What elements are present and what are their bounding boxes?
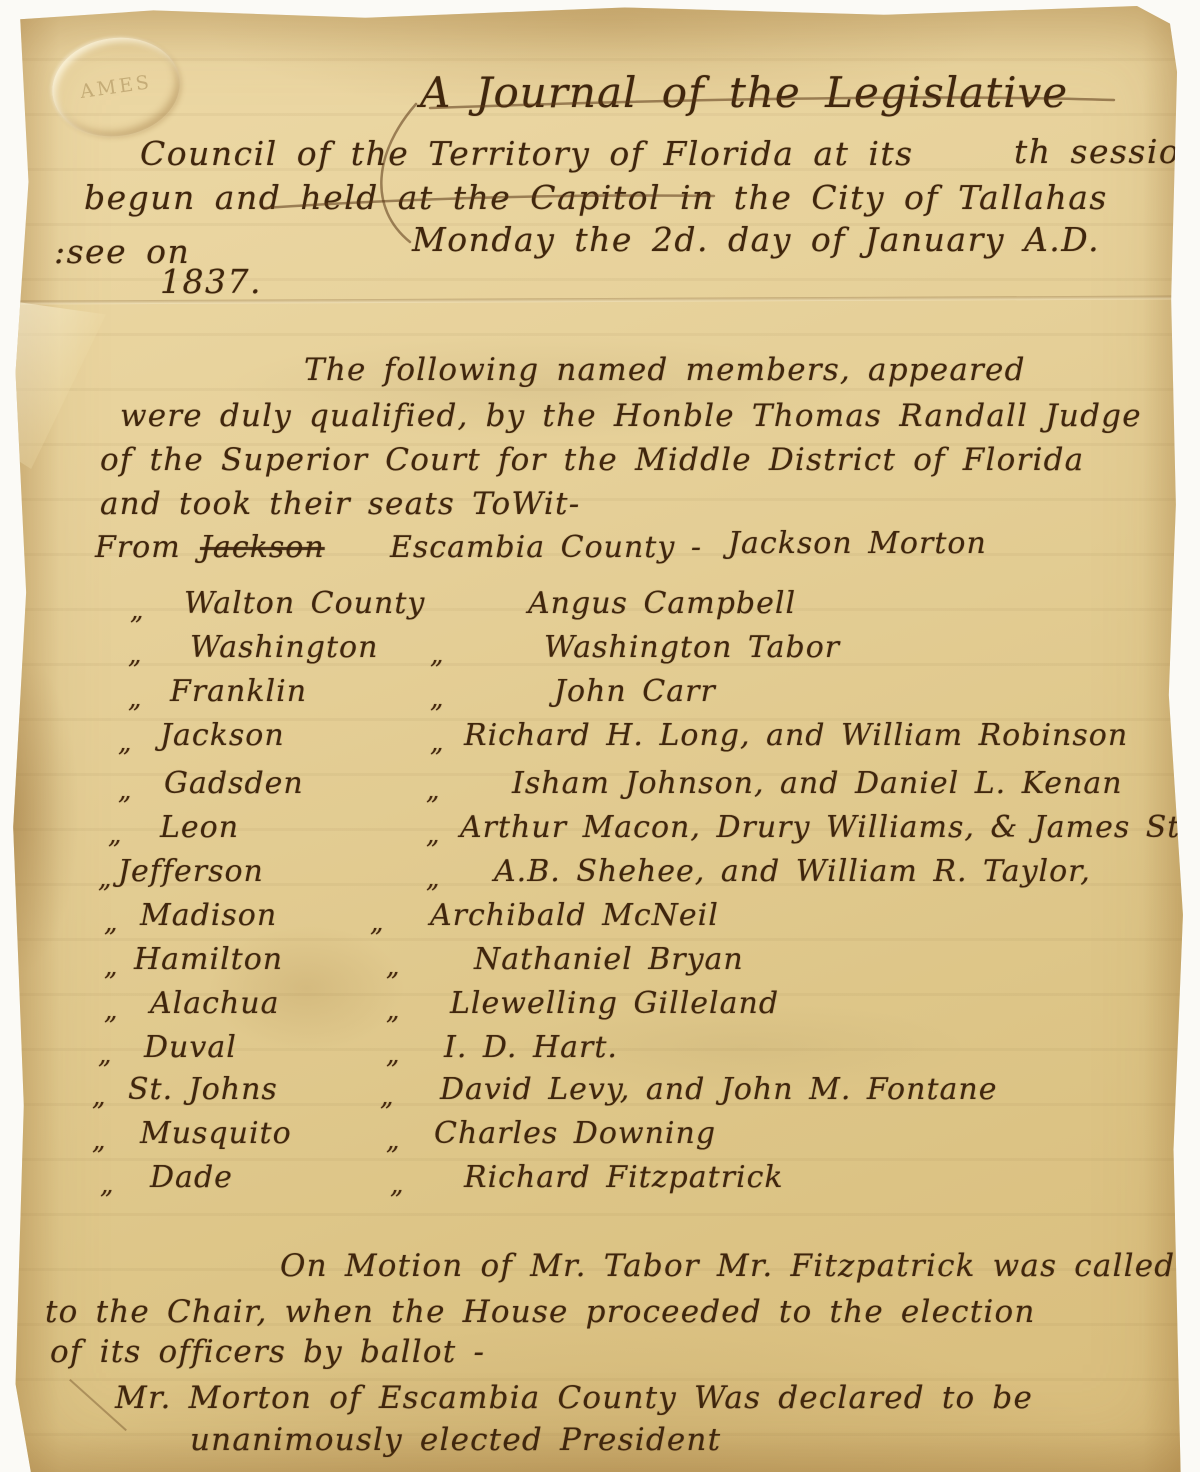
ditto-mark: „ xyxy=(430,640,443,670)
roster-row-county: Leon xyxy=(160,810,239,845)
roster-row-county: St. Johns xyxy=(128,1072,278,1107)
roster-row-county: Jackson xyxy=(160,718,285,753)
motion-line5: unanimously elected President xyxy=(190,1422,721,1458)
ditto-mark: „ xyxy=(430,728,443,758)
ditto-mark: „ xyxy=(370,908,383,938)
roster-row-name: John Carr xyxy=(554,674,716,709)
flourish-descender-curve xyxy=(381,104,416,242)
intro-line3: of the Superior Court for the Middle Dis… xyxy=(100,442,1084,478)
ditto-mark: „ xyxy=(386,996,399,1026)
roster-row-name: Isham Johnson, and Daniel L. Kenan xyxy=(512,766,1123,801)
ditto-mark: „ xyxy=(118,776,131,806)
ditto-mark: „ xyxy=(104,908,117,938)
journal-title-line3: begun and held at the Capitol in the Cit… xyxy=(84,178,1108,217)
ditto-mark: „ xyxy=(92,1126,105,1156)
motion-line3: of its officers by ballot - xyxy=(50,1334,485,1370)
roster-row-name: Archibald McNeil xyxy=(430,898,719,933)
ditto-mark: „ xyxy=(386,952,399,982)
roster-row-county: Franklin xyxy=(170,674,307,709)
roster-row-county: Jefferson xyxy=(118,854,264,889)
ditto-mark: „ xyxy=(128,684,141,714)
intro-line4: and took their seats ToWit- xyxy=(100,486,580,522)
roster-struck-county: Jackson xyxy=(200,530,325,565)
roster-row-name: David Levy, and John M. Fontane xyxy=(440,1072,997,1107)
ditto-mark: „ xyxy=(100,1170,113,1200)
roster-row-county: Dade xyxy=(150,1160,233,1195)
journal-title-line2-session: th session xyxy=(1014,132,1200,171)
ditto-mark: „ xyxy=(430,684,443,714)
intro-line1: The following named members, appeared xyxy=(304,352,1026,388)
roster-from-label: From xyxy=(95,530,181,565)
roster-row-county: Escambia County - xyxy=(390,530,702,565)
roster-row-name: I. D. Hart. xyxy=(444,1030,618,1065)
ditto-mark: „ xyxy=(104,952,117,982)
journal-title-line4-date: Monday the 2d. day of January A.D. xyxy=(412,220,1100,259)
roster-row-county: Hamilton xyxy=(134,942,283,977)
ditto-mark: „ xyxy=(98,1040,111,1070)
roster-row-name: Richard H. Long, and William Robinson xyxy=(464,718,1128,753)
ditto-mark: „ xyxy=(118,728,131,758)
roster-row-name: A.B. Shehee, and William R. Taylor, xyxy=(494,854,1091,889)
ditto-mark: „ xyxy=(426,820,439,850)
roster-row-county: Madison xyxy=(140,898,277,933)
roster-row-county: Alachua xyxy=(150,986,279,1021)
scanned-page: AMES A Journal of the Legislative Counci… xyxy=(0,0,1200,1472)
ditto-mark: „ xyxy=(92,1082,105,1112)
ditto-mark: „ xyxy=(128,640,141,670)
roster-row-county: Gadsden xyxy=(164,766,304,801)
ditto-mark: „ xyxy=(130,596,143,626)
roster-row-name: Llewelling Gilleland xyxy=(450,986,779,1021)
ditto-mark: „ xyxy=(386,1040,399,1070)
roster-row-name: Arthur Macon, Drury Williams, & James St… xyxy=(460,810,1200,845)
ditto-mark: „ xyxy=(426,864,439,894)
embossed-paper-seal: AMES xyxy=(46,30,186,145)
ditto-mark: „ xyxy=(104,996,117,1026)
ditto-mark: „ xyxy=(426,776,439,806)
ditto-mark: „ xyxy=(98,864,111,894)
ditto-mark: „ xyxy=(390,1170,403,1200)
seal-label: AMES xyxy=(79,71,153,103)
roster-row-name: Washington Tabor xyxy=(544,630,840,665)
roster-row-county: Musquito xyxy=(140,1116,292,1151)
roster-row-name: Nathaniel Bryan xyxy=(474,942,744,977)
ditto-mark: „ xyxy=(380,1082,393,1112)
roster-row-name: Jackson Morton xyxy=(728,526,987,561)
motion-line2: to the Chair, when the House proceeded t… xyxy=(45,1294,1036,1330)
motion-line4: Mr. Morton of Escambia County Was declar… xyxy=(115,1380,1033,1416)
manuscript-paper: AMES A Journal of the Legislative Counci… xyxy=(12,6,1190,1472)
roster-row-county: Washington xyxy=(190,630,378,665)
roster-row-name: Richard Fitzpatrick xyxy=(464,1160,784,1195)
journal-title-year: 1837. xyxy=(160,262,262,301)
roster-row-county: Walton County xyxy=(184,586,425,621)
ditto-mark: „ xyxy=(386,1126,399,1156)
roster-row-county: Duval xyxy=(144,1030,237,1065)
intro-line2: were duly qualified, by the Honble Thoma… xyxy=(120,398,1142,434)
roster-row-name: Angus Campbell xyxy=(528,586,796,621)
journal-title-line2: Council of the Territory of Florida at i… xyxy=(140,134,914,173)
ditto-mark: „ xyxy=(108,820,121,850)
roster-row-name: Charles Downing xyxy=(434,1116,716,1151)
corner-fold-highlight xyxy=(10,301,106,469)
journal-title-line1: A Journal of the Legislative xyxy=(420,68,1068,117)
motion-line1: On Motion of Mr. Tabor Mr. Fitzpatrick w… xyxy=(280,1248,1175,1284)
